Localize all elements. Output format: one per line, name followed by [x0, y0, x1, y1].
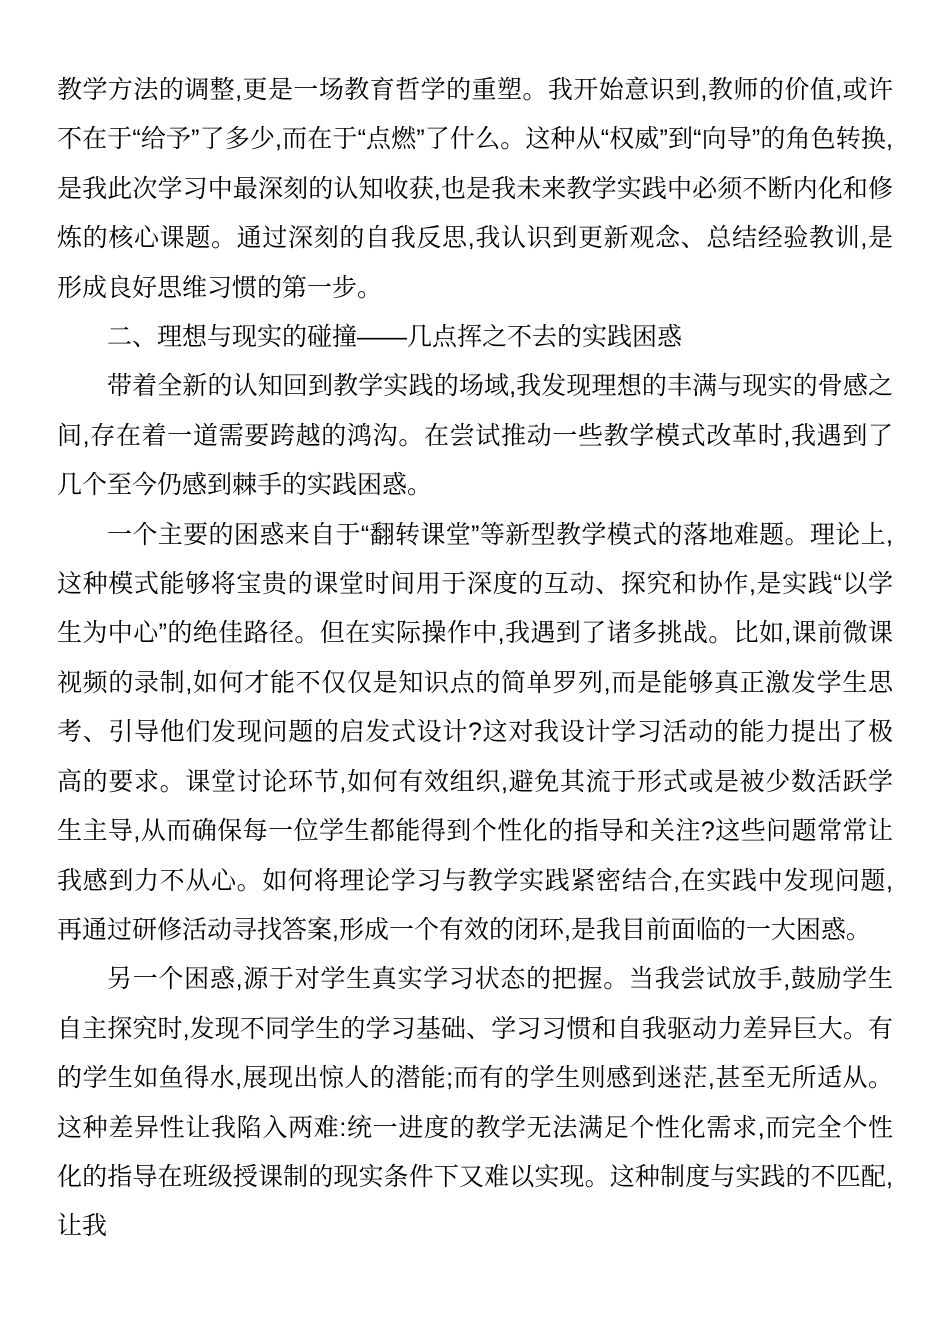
section-heading: 二、理想与现实的碰撞——几点挥之不去的实践困惑	[57, 313, 893, 362]
body-paragraph: 一个主要的困惑来自于“翻转课堂”等新型教学模式的落地难题。理论上,这种模式能够将…	[57, 511, 893, 956]
body-paragraph: 教学方法的调整,更是一场教育哲学的重塑。我开始意识到,教师的价值,或许不在于“给…	[57, 66, 893, 313]
body-paragraph: 带着全新的认知回到教学实践的场域,我发现理想的丰满与现实的骨感之间,存在着一道需…	[57, 362, 893, 510]
document-page: 教学方法的调整,更是一场教育哲学的重塑。我开始意识到,教师的价值,或许不在于“给…	[0, 0, 950, 1344]
body-paragraph: 另一个困惑,源于对学生真实学习状态的把握。当我尝试放手,鼓励学生自主探究时,发现…	[57, 955, 893, 1251]
document-body: 教学方法的调整,更是一场教育哲学的重塑。我开始意识到,教师的价值,或许不在于“给…	[57, 66, 893, 1252]
